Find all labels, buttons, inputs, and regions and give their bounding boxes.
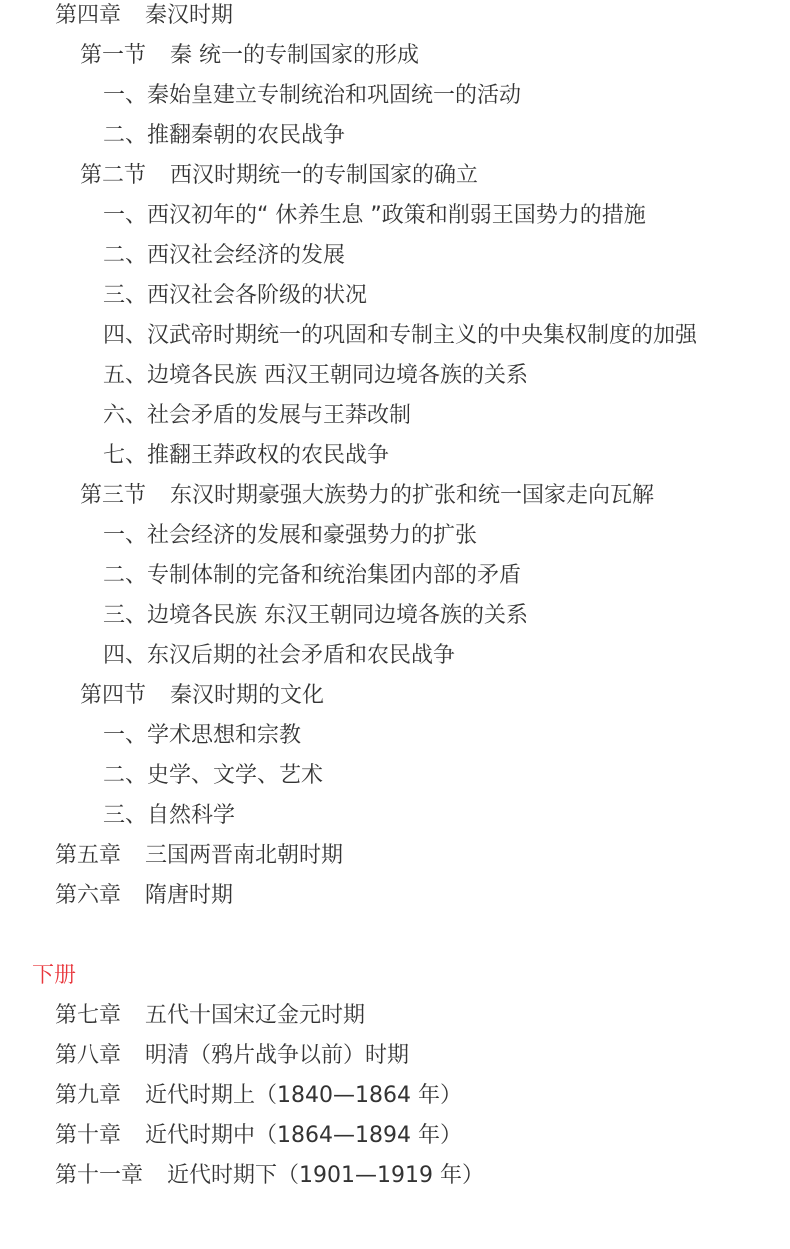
toc-section-link[interactable]: 第二节西汉时期统一的专制国家的确立 [80,161,478,191]
toc-item-link[interactable]: 一、西汉初年的“ 休养生息 ”政策和削弱王国势力的措施 [103,201,646,231]
toc-chapter-link[interactable]: 第十一章近代时期下（1901—1919 年） [55,1161,484,1191]
toc-item-text: 一、学术思想和宗教 [103,723,301,748]
section-title: 东汉时期豪强大族势力的扩张和统一国家走向瓦解 [170,483,654,508]
section-number: 第四节 [80,683,146,708]
chapter-number: 第四章 [55,3,121,28]
chapter-number: 第十章 [55,1123,121,1148]
section-title: 秦汉时期的文化 [170,683,324,708]
toc-chapter-link[interactable]: 第九章近代时期上（1840—1864 年） [55,1081,462,1111]
chapter-title: 明清（鸦片战争以前）时期 [145,1043,409,1068]
toc-item-link[interactable]: 三、边境各民族 东汉王朝同边境各族的关系 [103,601,528,631]
chapter-title: 秦汉时期 [145,3,233,28]
chapter-number: 第五章 [55,843,121,868]
chapter-number: 第十一章 [55,1163,143,1188]
toc-item-link[interactable]: 二、专制体制的完备和统治集团内部的矛盾 [103,561,521,591]
toc-item-link[interactable]: 七、推翻王莽政权的农民战争 [103,441,389,471]
toc-item-text: 三、西汉社会各阶级的状况 [103,283,367,308]
toc-item-link[interactable]: 三、自然科学 [103,801,235,831]
toc-item-link[interactable]: 五、边境各民族 西汉王朝同边境各族的关系 [103,361,528,391]
section-title: 秦 统一的专制国家的形成 [170,43,419,68]
toc-item-link[interactable]: 六、社会矛盾的发展与王莽改制 [103,401,411,431]
volume-heading: 下册 [32,961,76,991]
toc-chapter-link[interactable]: 第五章三国两晋南北朝时期 [55,841,343,871]
toc-chapter-link[interactable]: 第四章秦汉时期 [55,1,233,31]
toc-item-text: 三、边境各民族 东汉王朝同边境各族的关系 [103,603,528,628]
toc-item-link[interactable]: 二、西汉社会经济的发展 [103,241,345,271]
toc-item-text: 一、秦始皇建立专制统治和巩固统一的活动 [103,83,521,108]
toc-item-text: 六、社会矛盾的发展与王莽改制 [103,403,411,428]
chapter-number: 第七章 [55,1003,121,1028]
toc-item-text: 一、社会经济的发展和豪强势力的扩张 [103,523,477,548]
chapter-title: 五代十国宋辽金元时期 [145,1003,365,1028]
section-number: 第二节 [80,163,146,188]
toc-item-text: 三、自然科学 [103,803,235,828]
section-number: 第三节 [80,483,146,508]
section-title: 西汉时期统一的专制国家的确立 [170,163,478,188]
toc-item-link[interactable]: 三、西汉社会各阶级的状况 [103,281,367,311]
chapter-title: 近代时期上（1840—1864 年） [145,1083,462,1108]
toc-item-text: 四、汉武帝时期统一的巩固和专制主义的中央集权制度的加强 [103,323,697,348]
chapter-title: 三国两晋南北朝时期 [145,843,343,868]
toc-item-link[interactable]: 一、社会经济的发展和豪强势力的扩张 [103,521,477,551]
toc-item-link[interactable]: 二、推翻秦朝的农民战争 [103,121,345,151]
toc-chapter-link[interactable]: 第八章明清（鸦片战争以前）时期 [55,1041,409,1071]
toc-item-link[interactable]: 二、史学、文学、艺术 [103,761,323,791]
chapter-number: 第六章 [55,883,121,908]
toc-item-text: 四、东汉后期的社会矛盾和农民战争 [103,643,455,668]
chapter-title: 近代时期下（1901—1919 年） [167,1163,484,1188]
toc-item-text: 二、西汉社会经济的发展 [103,243,345,268]
toc-item-link[interactable]: 四、汉武帝时期统一的巩固和专制主义的中央集权制度的加强 [103,321,697,351]
chapter-number: 第八章 [55,1043,121,1068]
chapter-number: 第九章 [55,1083,121,1108]
toc-section-link[interactable]: 第三节东汉时期豪强大族势力的扩张和统一国家走向瓦解 [80,481,654,511]
toc-item-text: 二、专制体制的完备和统治集团内部的矛盾 [103,563,521,588]
toc-item-link[interactable]: 四、东汉后期的社会矛盾和农民战争 [103,641,455,671]
toc-item-text: 七、推翻王莽政权的农民战争 [103,443,389,468]
toc-item-link[interactable]: 一、秦始皇建立专制统治和巩固统一的活动 [103,81,521,111]
chapter-title: 隋唐时期 [145,883,233,908]
toc-section-link[interactable]: 第一节秦 统一的专制国家的形成 [80,41,419,71]
toc-chapter-link[interactable]: 第七章五代十国宋辽金元时期 [55,1001,365,1031]
toc-item-text: 一、西汉初年的“ 休养生息 ”政策和削弱王国势力的措施 [103,203,646,228]
toc-item-link[interactable]: 一、学术思想和宗教 [103,721,301,751]
section-number: 第一节 [80,43,146,68]
toc-item-text: 五、边境各民族 西汉王朝同边境各族的关系 [103,363,528,388]
toc-item-text: 二、推翻秦朝的农民战争 [103,123,345,148]
toc-chapter-link[interactable]: 第十章近代时期中（1864—1894 年） [55,1121,462,1151]
chapter-title: 近代时期中（1864—1894 年） [145,1123,462,1148]
toc-item-text: 二、史学、文学、艺术 [103,763,323,788]
toc-chapter-link[interactable]: 第六章隋唐时期 [55,881,233,911]
toc-section-link[interactable]: 第四节秦汉时期的文化 [80,681,324,711]
